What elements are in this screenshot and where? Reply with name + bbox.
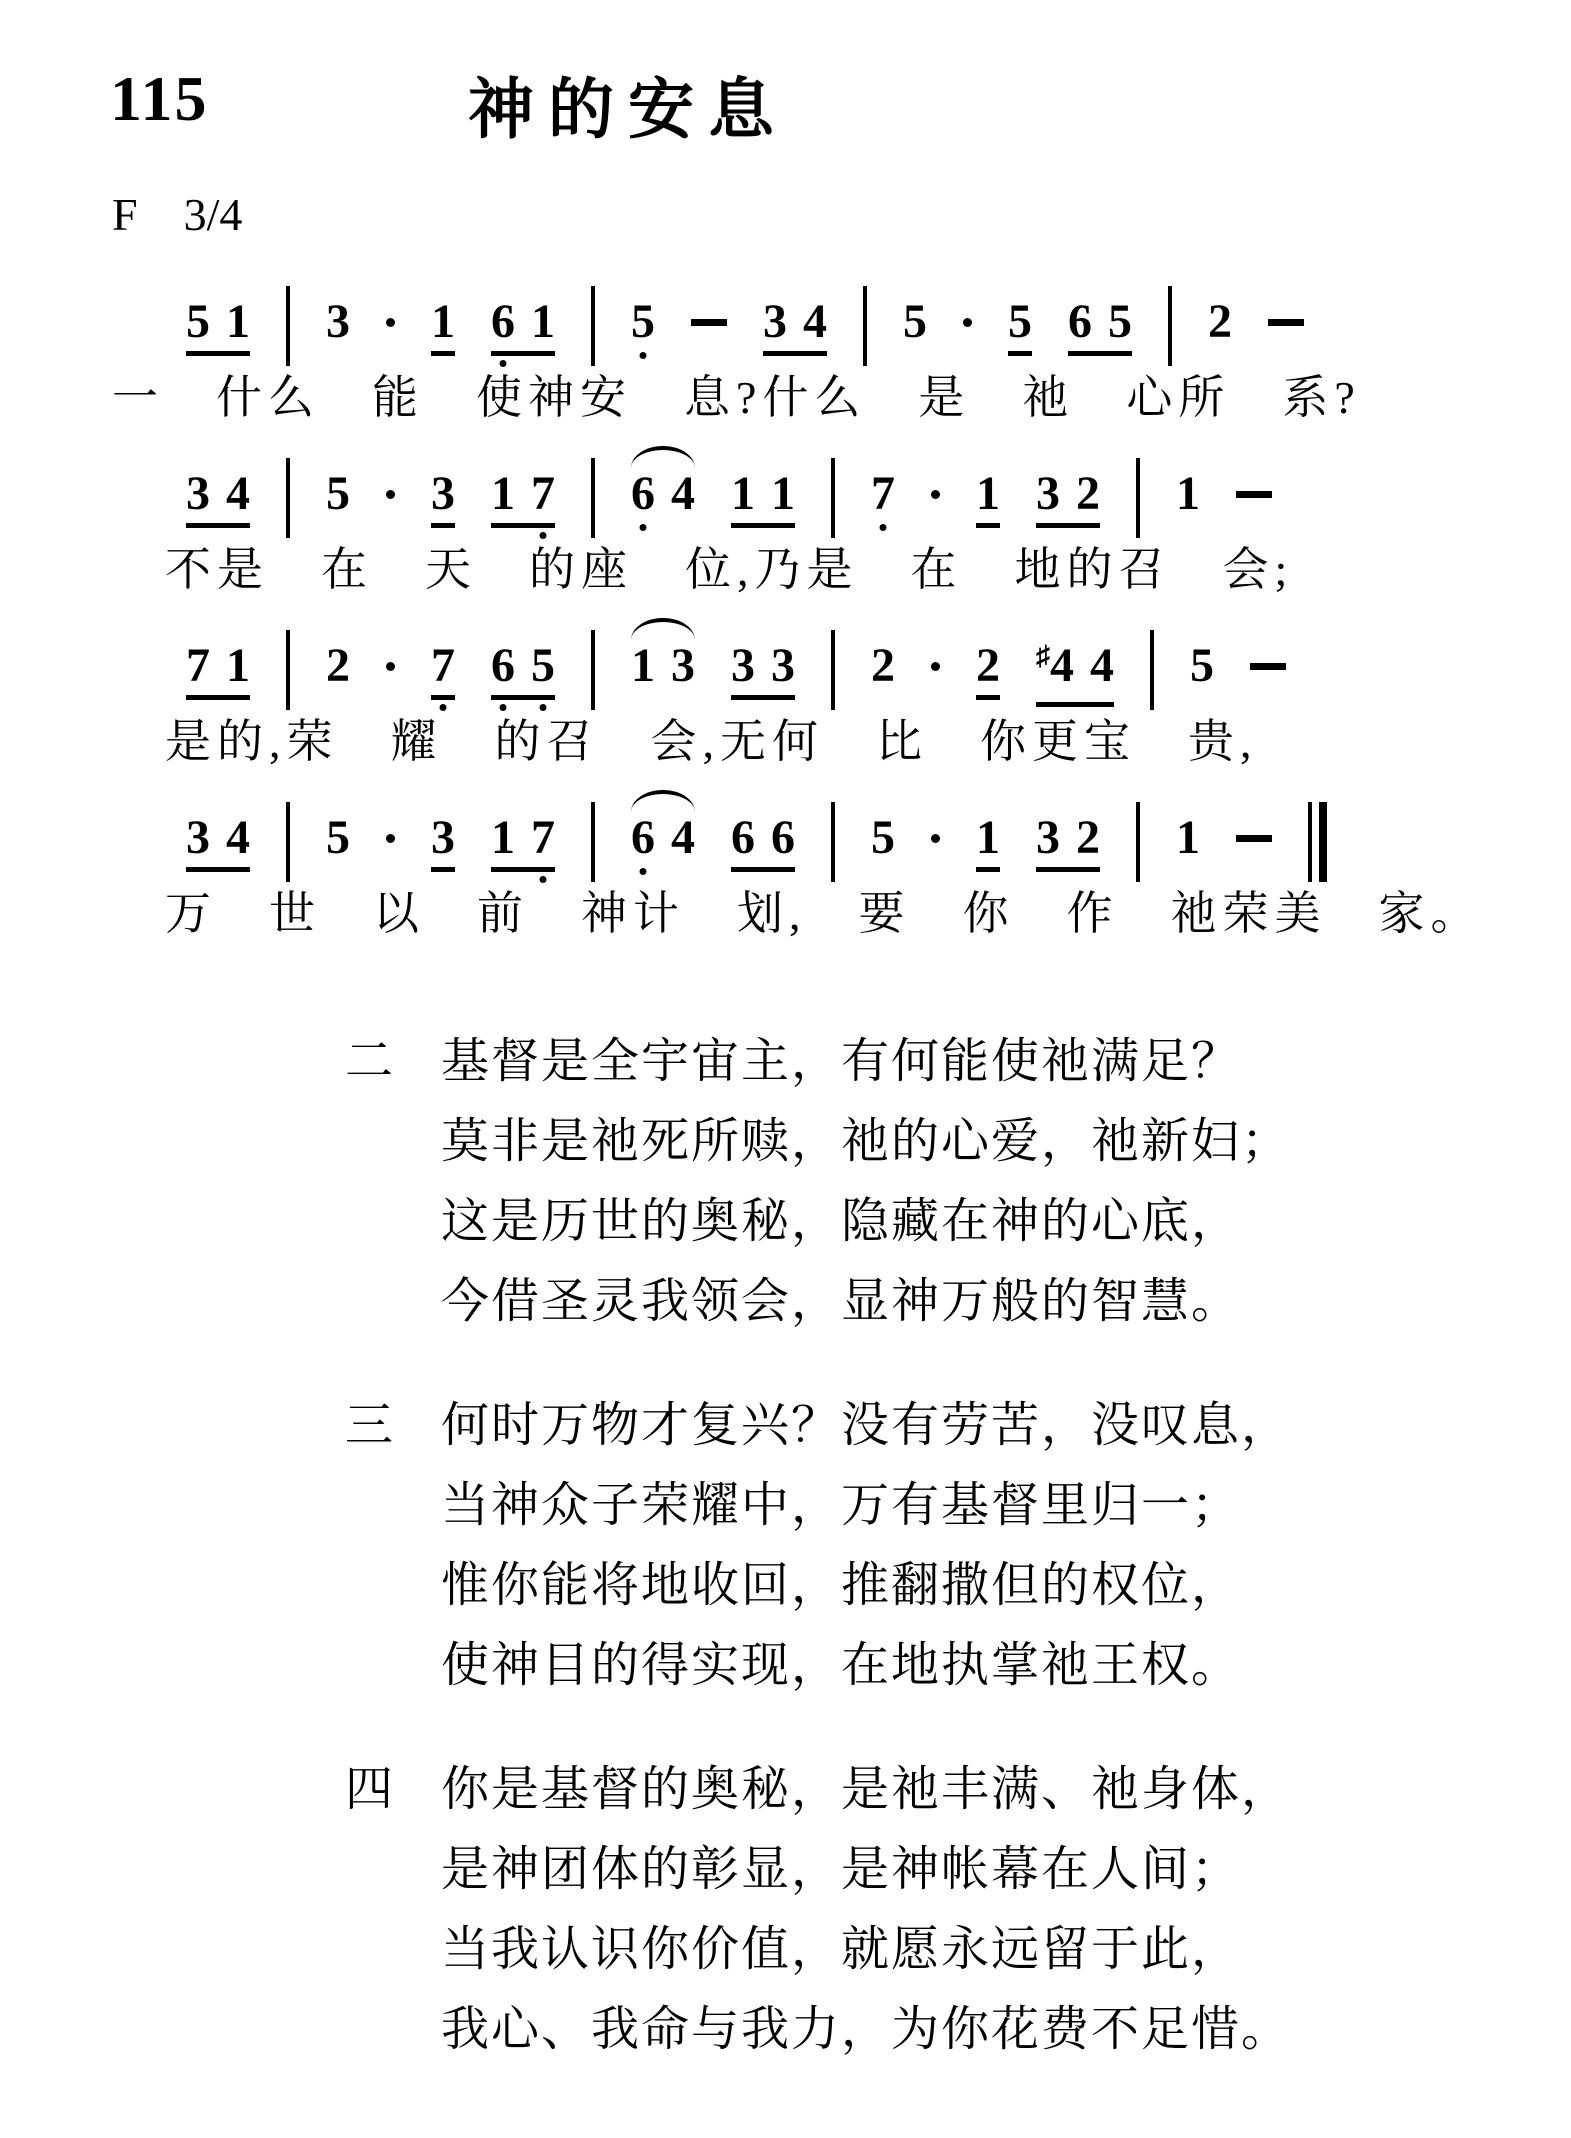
note: 1 [431, 298, 455, 346]
note: 3 [731, 642, 755, 690]
note: 2 [326, 642, 350, 690]
low-octave-dot [640, 868, 647, 875]
note: 5 [326, 470, 350, 518]
note-beam-group: 2 [326, 642, 350, 690]
note: 1 [771, 470, 795, 518]
note: 1 [976, 470, 1000, 518]
barline [286, 802, 290, 882]
note-group: 5 [1190, 642, 1214, 690]
verse-lines: 你是基督的奥秘，是祂丰满、祂身体， 是神团体的彰显，是神帐幕在人间； 当我认识你… [441, 1750, 1571, 2070]
note-digit: 1 [1176, 467, 1200, 520]
note-digit: 1 [491, 467, 515, 520]
verse-lines: 何时万物才复兴？没有劳苦，没叹息， 当神众子荣耀中，万有基督里归一； 惟你能将地… [441, 1386, 1571, 1706]
note-group: 51 [186, 298, 250, 356]
verse-line: 今借圣灵我领会，显神万般的智慧。 [441, 1262, 1571, 1342]
note-beam-group: 34 [186, 814, 250, 872]
verse-3: 三 何时万物才复兴？没有劳苦，没叹息， 当神众子荣耀中，万有基督里归一； 惟你能… [0, 1386, 1571, 1706]
note: 3 [1036, 470, 1060, 518]
note-beam-group: 2 [871, 642, 895, 690]
verse-line: 使神目的得实现，在地执掌祂王权。 [441, 1626, 1571, 1706]
barline [286, 286, 290, 366]
note-digit: 4 [226, 467, 250, 520]
note-group: 65 [1068, 298, 1132, 356]
note: 6 [771, 814, 795, 862]
slur-arc [631, 618, 695, 640]
barline [286, 630, 290, 710]
note: 2 [1076, 814, 1100, 862]
note-digit: 5 [631, 295, 655, 348]
notation-row: 51316153455652 [0, 274, 1571, 370]
dotted-note-dot [931, 490, 940, 499]
note-digit: 5 [326, 467, 350, 520]
note-digit: 4 [803, 295, 827, 348]
note-group: 65 [491, 642, 555, 700]
note-digit: 4 [671, 811, 695, 864]
music-line-block: 712765133322♯445是的,荣 耀 的召 会,无何 比 你更宝 贵, [0, 618, 1571, 770]
note-digit: 2 [1076, 811, 1100, 864]
note: 1 [531, 298, 555, 346]
verse-line: 我心、我命与我力，为你花费不足惜。 [441, 1990, 1571, 2070]
note-digit: 1 [976, 467, 1000, 520]
low-octave-dot [640, 352, 647, 359]
held-note-dash [1236, 835, 1272, 842]
verse-4: 四 你是基督的奥秘，是祂丰满、祂身体， 是神团体的彰显，是神帐幕在人间； 当我认… [0, 1750, 1571, 2070]
note: 7 [871, 470, 895, 518]
note: 5 [631, 298, 655, 346]
note-group: 2 [871, 642, 895, 690]
note-beam-group: 5 [1008, 298, 1032, 356]
note-beam-group: 5 [326, 470, 350, 518]
barline [831, 630, 835, 710]
note-beam-group: 65 [491, 642, 555, 700]
note-digit: 6 [491, 295, 515, 348]
note-beam-group: 34 [186, 470, 250, 528]
note-digit: 3 [431, 467, 455, 520]
note-digit: 6 [771, 811, 795, 864]
note-group: 61 [491, 298, 555, 356]
barline [863, 286, 867, 366]
note: 3 [431, 470, 455, 518]
note-digit: 7 [531, 467, 555, 520]
note: 3 [1036, 814, 1060, 862]
note-group: 34 [186, 470, 250, 528]
note: 2 [1208, 298, 1232, 346]
notation-row: 345317646651321 [0, 790, 1571, 886]
note-group: ♯44 [1036, 642, 1114, 707]
note-beam-group: 1 [431, 298, 455, 356]
note-beam-group: 3 [431, 470, 455, 528]
note: 3 [326, 298, 350, 346]
final-barline-thin [1308, 802, 1312, 882]
note-digit: 5 [1190, 639, 1214, 692]
note-group: 64 [631, 814, 695, 862]
note-beam-group: 1 [1176, 470, 1200, 518]
note-beam-group: 64 [631, 470, 695, 518]
barline [591, 286, 595, 366]
note-digit: 7 [871, 467, 895, 520]
note-digit: 7 [531, 811, 555, 864]
note-group: 17 [491, 814, 555, 872]
note-digit: 1 [226, 295, 250, 348]
note: 5 [903, 298, 927, 346]
note-beam-group: 11 [731, 470, 795, 528]
low-octave-dot [440, 704, 447, 711]
verse-line: 惟你能将地收回，推翻撒但的权位， [441, 1546, 1571, 1626]
note-digit: 5 [871, 811, 895, 864]
held-note-dash [1250, 663, 1286, 670]
note-digit: 6 [631, 467, 655, 520]
note-digit: 3 [1036, 467, 1060, 520]
note-beam-group: 1 [1176, 814, 1200, 862]
note-group: 34 [763, 298, 827, 356]
note: 7 [186, 642, 210, 690]
music-line-block: 345317641171321不是 在 天 的座 位,乃是 在 地的召 会; [0, 446, 1571, 598]
note-digit: 5 [903, 295, 927, 348]
slur-arc [631, 446, 695, 468]
verse-line: 你是基督的奥秘，是祂丰满、祂身体， [441, 1750, 1571, 1830]
note-beam-group: 5 [903, 298, 927, 346]
note-beam-group: 5 [631, 298, 655, 346]
note-digit: 6 [631, 811, 655, 864]
note-beam-group: 34 [763, 298, 827, 356]
verse-line: 当神众子荣耀中，万有基督里归一； [441, 1466, 1571, 1546]
barline [286, 458, 290, 538]
barline [591, 458, 595, 538]
low-octave-dot [500, 360, 507, 367]
note: 4 [671, 814, 695, 862]
note-digit: 7 [431, 639, 455, 692]
note: 5 [326, 814, 350, 862]
note: 4 [226, 470, 250, 518]
note-beam-group: 5 [871, 814, 895, 862]
barline [591, 630, 595, 710]
note: 3 [763, 298, 787, 346]
note: 1 [491, 470, 515, 518]
note: 3 [771, 642, 795, 690]
verse-lines: 基督是全宇宙主，有何能使祂满足？ 莫非是祂死所赎，祂的心爱，祂新妇； 这是历世的… [441, 1022, 1571, 1342]
note-group: 33 [731, 642, 795, 700]
note-beam-group: 32 [1036, 814, 1100, 872]
note-digit: 4 [226, 811, 250, 864]
note: 3 [671, 642, 695, 690]
time-signature: 3/4 [184, 189, 243, 240]
verse-2: 二 基督是全宇宙主，有何能使祂满足？ 莫非是祂死所赎，祂的心爱，祂新妇； 这是历… [0, 1022, 1571, 1342]
note: 1 [731, 470, 755, 518]
note-beam-group: ♯44 [1036, 642, 1114, 707]
dotted-note-dot [386, 834, 395, 843]
sharp-sign: ♯ [1036, 641, 1050, 672]
dotted-note-dot [386, 490, 395, 499]
note-group: 3 [431, 814, 455, 872]
low-octave-dot [640, 524, 647, 531]
note-digit: 5 [1008, 295, 1032, 348]
note-beam-group: 1 [976, 470, 1000, 528]
verse-number: 二 [345, 1022, 441, 1342]
note-beam-group: 64 [631, 814, 695, 862]
note-digit: 1 [771, 467, 795, 520]
note-group: 5 [326, 814, 350, 862]
note-beam-group: 17 [491, 470, 555, 528]
dotted-note-dot [931, 662, 940, 671]
note-digit: 2 [871, 639, 895, 692]
note: 1 [226, 298, 250, 346]
held-note-dash [1268, 319, 1304, 326]
verse-number: 四 [345, 1750, 441, 2070]
final-barline [1308, 802, 1327, 882]
note-beam-group: 51 [186, 298, 250, 356]
note: 7 [431, 642, 455, 690]
verses-section: 二 基督是全宇宙主，有何能使祂满足？ 莫非是祂死所赎，祂的心爱，祂新妇； 这是历… [0, 1022, 1571, 2114]
notation-row: 712765133322♯445 [0, 618, 1571, 714]
note-digit: 3 [671, 639, 695, 692]
note-beam-group: 2 [1208, 298, 1232, 346]
note-group: 71 [186, 642, 250, 700]
note-group: 2 [976, 642, 1000, 700]
note: 2 [871, 642, 895, 690]
note: 7 [531, 814, 555, 862]
key-meter: F3/4 [112, 188, 242, 241]
note-digit: 3 [1036, 811, 1060, 864]
low-octave-dot [880, 524, 887, 531]
dotted-note-dot [386, 662, 395, 671]
note-group: 2 [326, 642, 350, 690]
low-octave-dot [540, 704, 547, 711]
note-digit: 1 [531, 295, 555, 348]
barline [591, 802, 595, 882]
low-octave-dot [500, 704, 507, 711]
note-digit: 2 [976, 639, 1000, 692]
note-group: 64 [631, 470, 695, 518]
note: 5 [1190, 642, 1214, 690]
dotted-note-dot [963, 318, 972, 327]
notation-row: 345317641171321 [0, 446, 1571, 542]
note-group: 1 [976, 470, 1000, 528]
note-group: 32 [1036, 470, 1100, 528]
note-digit: 2 [1076, 467, 1100, 520]
note-digit: 3 [771, 639, 795, 692]
music-line-block: 51316153455652一 什么 能 使神安 息?什么 是 祂 心所 系? [0, 274, 1571, 426]
note-digit: 1 [1176, 811, 1200, 864]
note-group: 7 [871, 470, 895, 518]
note-digit: 3 [186, 467, 210, 520]
note-digit: 3 [431, 811, 455, 864]
low-octave-dot [540, 876, 547, 883]
lyric-row: 万 世 以 前 神计 划, 要 你 作 祂荣美 家。 [0, 886, 1571, 942]
note: 3 [431, 814, 455, 862]
note-beam-group: 17 [491, 814, 555, 872]
note-beam-group: 2 [976, 642, 1000, 700]
note-digit: 5 [326, 811, 350, 864]
note: 1 [976, 814, 1000, 862]
note: 6 [491, 298, 515, 346]
note: 5 [531, 642, 555, 690]
note-digit: 4 [1050, 639, 1074, 692]
note: 6 [1068, 298, 1092, 346]
barline [1136, 802, 1140, 882]
note: 4 [1090, 642, 1114, 697]
note-beam-group: 1 [976, 814, 1000, 872]
note: 6 [631, 470, 655, 518]
note-group: 11 [731, 470, 795, 528]
note-beam-group: 32 [1036, 470, 1100, 528]
note-beam-group: 5 [1190, 642, 1214, 690]
lyric-row: 一 什么 能 使神安 息?什么 是 祂 心所 系? [0, 370, 1571, 426]
note-beam-group: 5 [326, 814, 350, 862]
note-group: 1 [1176, 814, 1200, 862]
note-beam-group: 65 [1068, 298, 1132, 356]
note: 5 [1008, 298, 1032, 346]
note-digit: 5 [531, 639, 555, 692]
lyric-row: 不是 在 天 的座 位,乃是 在 地的召 会; [0, 542, 1571, 598]
note: 5 [186, 298, 210, 346]
key-signature: F [112, 189, 138, 240]
barline [1168, 286, 1172, 366]
note-beam-group: 3 [431, 814, 455, 872]
note-group: 5 [871, 814, 895, 862]
note-beam-group: 13 [631, 642, 695, 690]
note-group: 5 [631, 298, 655, 346]
verse-line: 何时万物才复兴？没有劳苦，没叹息， [441, 1386, 1571, 1466]
note-digit: 1 [631, 639, 655, 692]
note: 1 [1176, 814, 1200, 862]
note: 7 [531, 470, 555, 518]
barline [1150, 630, 1154, 710]
note-group: 5 [1008, 298, 1032, 356]
note: 6 [491, 642, 515, 690]
note: 5 [1108, 298, 1132, 346]
dotted-note-dot [931, 834, 940, 843]
low-octave-dot [540, 532, 547, 539]
note-digit: 6 [1068, 295, 1092, 348]
note: 4 [803, 298, 827, 346]
music-section: 51316153455652一 什么 能 使神安 息?什么 是 祂 心所 系?3… [0, 274, 1571, 962]
note-digit: 3 [731, 639, 755, 692]
note-digit: 2 [1208, 295, 1232, 348]
note-group: 5 [903, 298, 927, 346]
note-digit: 1 [491, 811, 515, 864]
note: 6 [631, 814, 655, 862]
note-group: 1 [976, 814, 1000, 872]
note-group: 13 [631, 642, 695, 690]
note-digit: 5 [186, 295, 210, 348]
note-beam-group: 71 [186, 642, 250, 700]
verse-line: 是神团体的彰显，是神帐幕在人间； [441, 1830, 1571, 1910]
note-group: 3 [326, 298, 350, 346]
note-digit: 1 [731, 467, 755, 520]
note-digit: 6 [731, 811, 755, 864]
note: 3 [186, 470, 210, 518]
dotted-note-dot [386, 318, 395, 327]
note: 1 [1176, 470, 1200, 518]
verse-line: 莫非是祂死所赎，祂的心爱，祂新妇； [441, 1102, 1571, 1182]
barline [831, 802, 835, 882]
note-digit: 4 [1090, 639, 1114, 692]
note: 2 [976, 642, 1000, 690]
hymn-title: 神的安息 [468, 56, 788, 151]
final-barline-thick [1319, 802, 1327, 882]
note: 1 [226, 642, 250, 690]
note-group: 7 [431, 642, 455, 700]
verse-line: 当我认识你价值，就愿永远留于此， [441, 1910, 1571, 1990]
note-digit: 3 [186, 811, 210, 864]
note: 3 [186, 814, 210, 862]
note-group: 34 [186, 814, 250, 872]
barline [1136, 458, 1140, 538]
note-digit: 4 [671, 467, 695, 520]
note-group: 66 [731, 814, 795, 872]
note-group: 5 [326, 470, 350, 518]
note-beam-group: 7 [871, 470, 895, 518]
lyric-row: 是的,荣 耀 的召 会,无何 比 你更宝 贵, [0, 714, 1571, 770]
note-group: 17 [491, 470, 555, 528]
barline [831, 458, 835, 538]
note-digit: 5 [1108, 295, 1132, 348]
slur-arc [631, 790, 695, 812]
note-beam-group: 61 [491, 298, 555, 356]
note-beam-group: 66 [731, 814, 795, 872]
note-beam-group: 33 [731, 642, 795, 700]
note: ♯4 [1036, 642, 1074, 697]
note-digit: 3 [763, 295, 787, 348]
note-digit: 6 [491, 639, 515, 692]
note-group: 3 [431, 470, 455, 528]
note: 5 [871, 814, 895, 862]
note: 2 [1076, 470, 1100, 518]
hymn-sheet-page: 115 神的安息 F3/4 51316153455652一 什么 能 使神安 息… [0, 0, 1571, 2138]
note: 1 [491, 814, 515, 862]
note-group: 32 [1036, 814, 1100, 872]
note-digit: 1 [431, 295, 455, 348]
note-digit: 1 [226, 639, 250, 692]
note-digit: 7 [186, 639, 210, 692]
note-group: 2 [1208, 298, 1232, 346]
note-group: 1 [1176, 470, 1200, 518]
note: 4 [226, 814, 250, 862]
note-digit: 2 [326, 639, 350, 692]
music-line-block: 345317646651321万 世 以 前 神计 划, 要 你 作 祂荣美 家… [0, 790, 1571, 942]
note-beam-group: 7 [431, 642, 455, 700]
held-note-dash [1236, 491, 1272, 498]
note-digit: 3 [326, 295, 350, 348]
held-note-dash [691, 319, 727, 326]
note-digit: 1 [976, 811, 1000, 864]
note-beam-group: 3 [326, 298, 350, 346]
hymn-number: 115 [110, 62, 208, 136]
note-group: 1 [431, 298, 455, 356]
verse-line: 基督是全宇宙主，有何能使祂满足？ [441, 1022, 1571, 1102]
note: 4 [671, 470, 695, 518]
note: 1 [631, 642, 655, 690]
verse-number: 三 [345, 1386, 441, 1706]
verse-line: 这是历世的奥秘，隐藏在神的心底， [441, 1182, 1571, 1262]
note: 6 [731, 814, 755, 862]
